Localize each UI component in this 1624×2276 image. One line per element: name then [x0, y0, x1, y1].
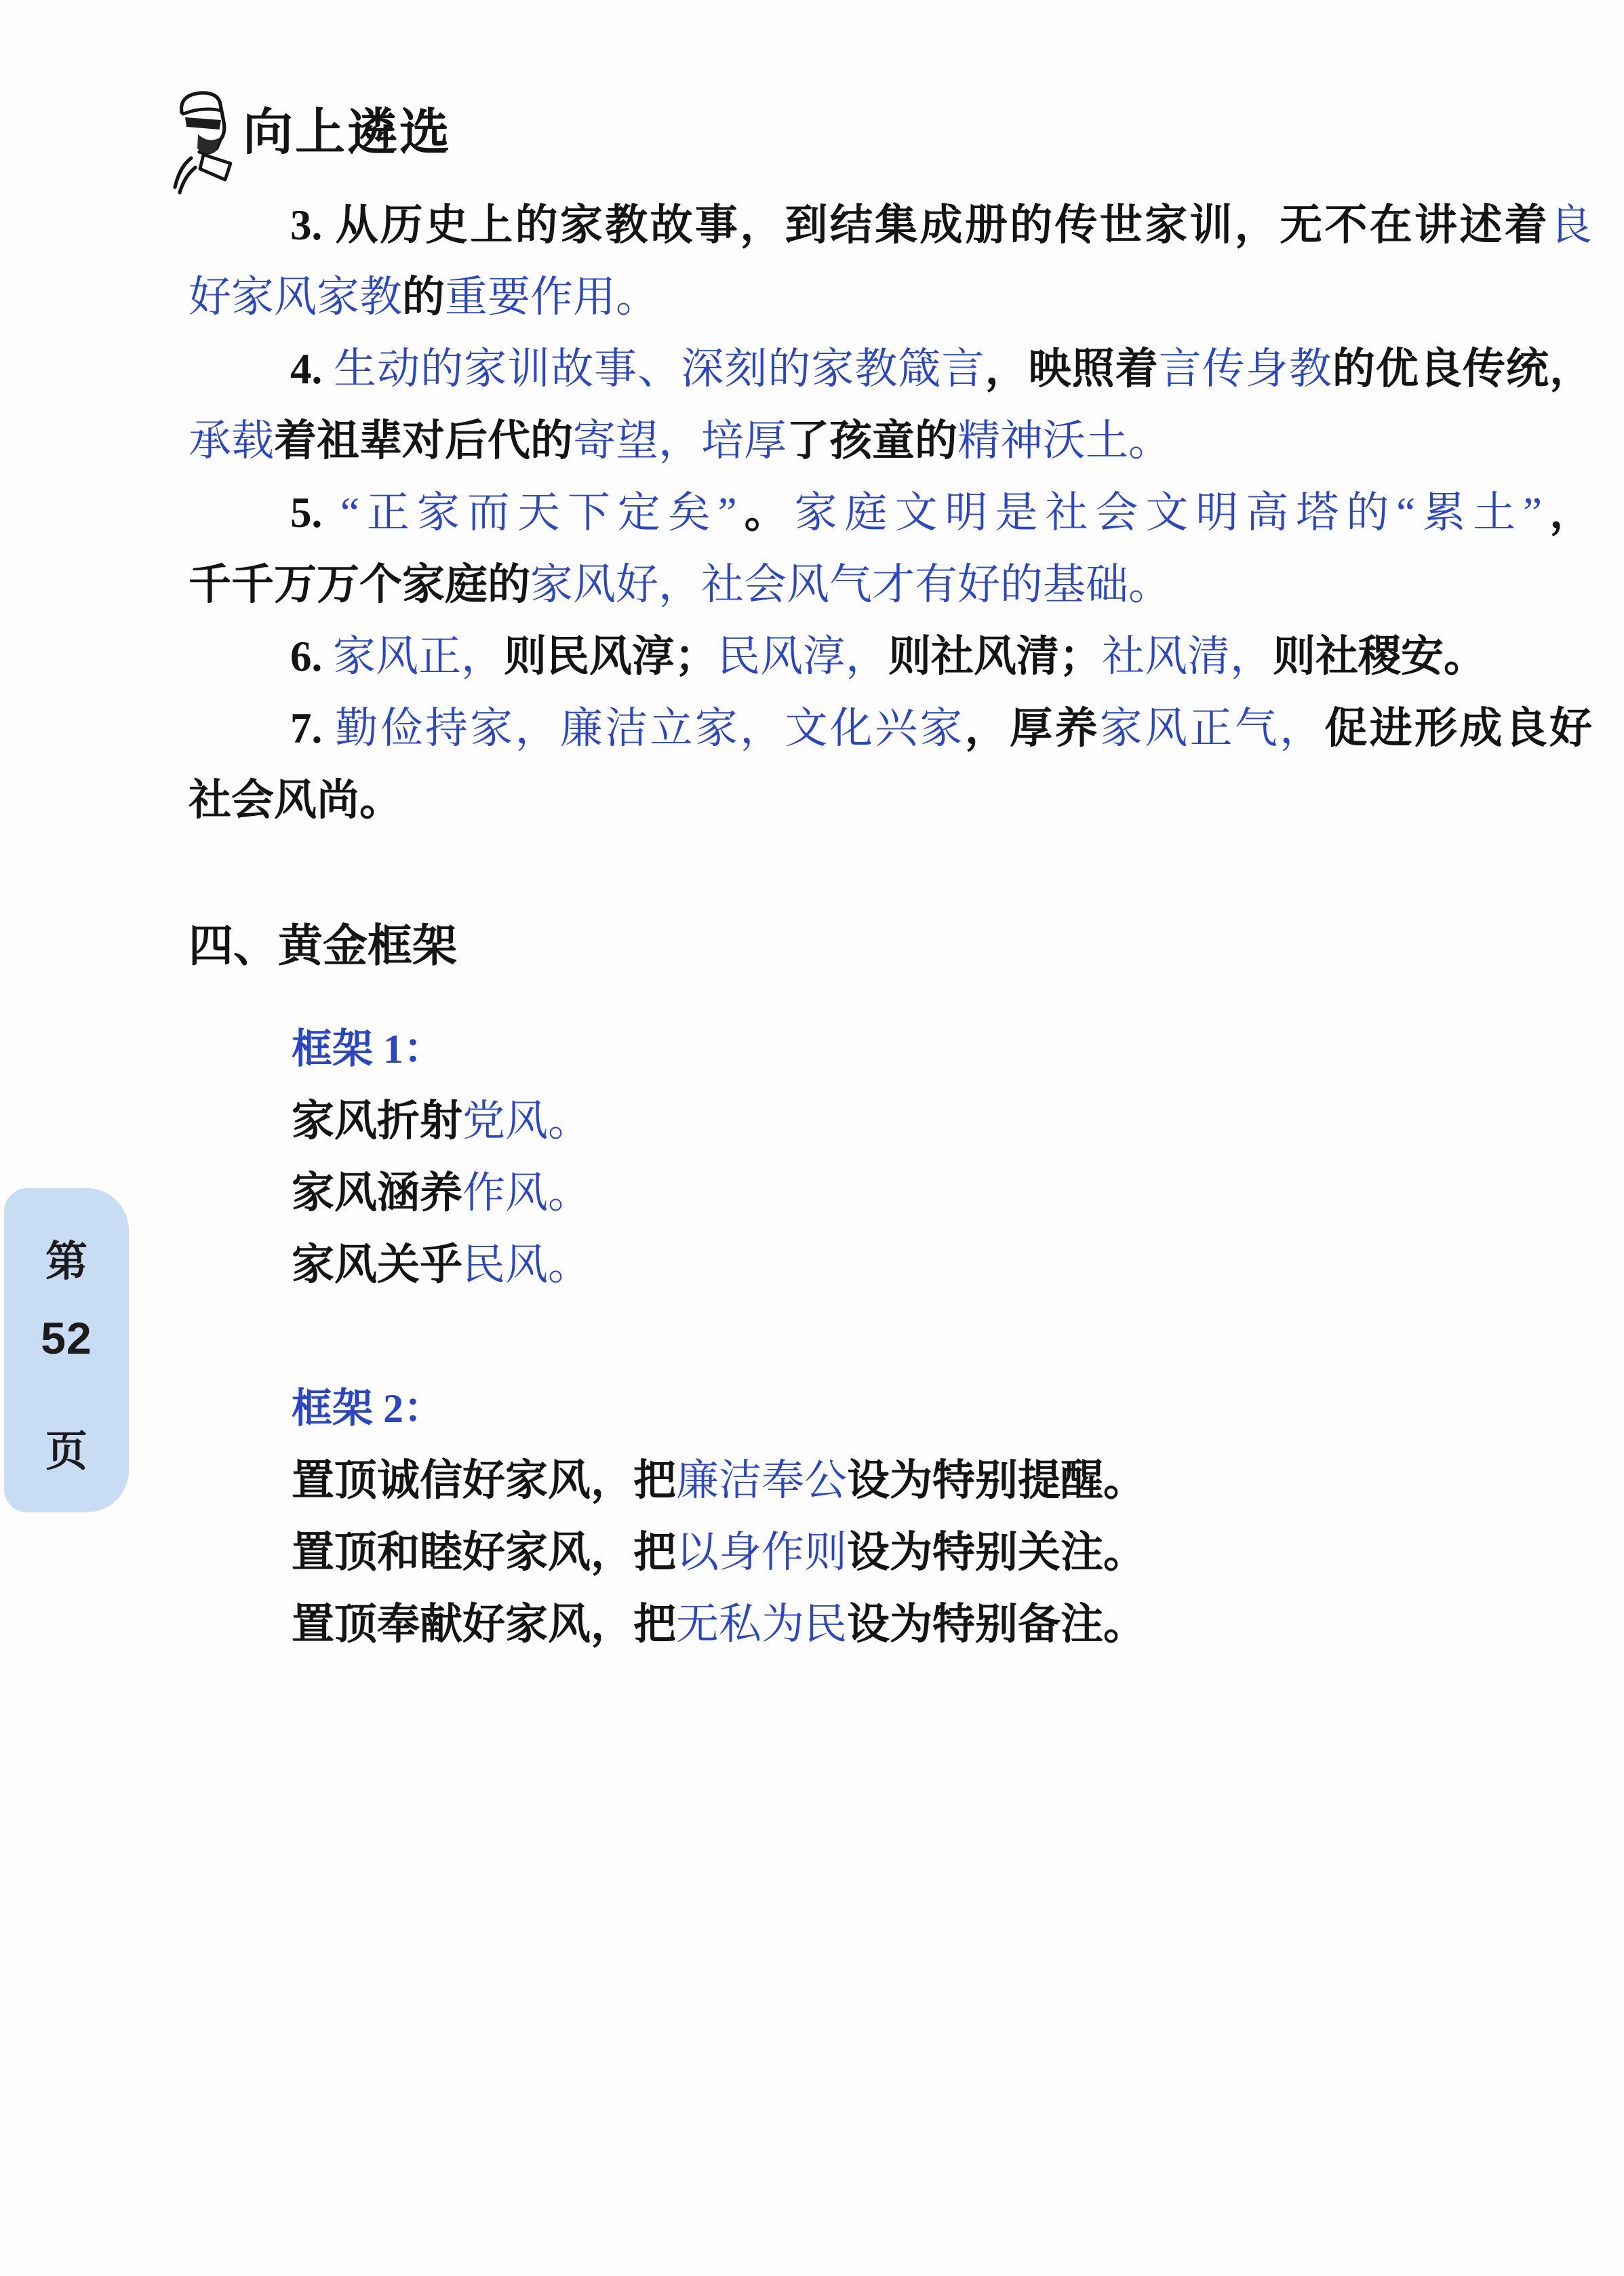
frame-line: 置顶诚信好家风，把廉洁奉公设为特别提醒。	[292, 1445, 1592, 1516]
page-number: 52	[41, 1316, 92, 1360]
text-line: 千千万万个家庭的家风好，社会风气才有好的基础。	[189, 549, 1592, 621]
frame-line: 家风折射党风。	[292, 1085, 1592, 1157]
text-line: 承载着祖辈对后代的寄望，培厚了孩童的精神沃土。	[189, 405, 1592, 477]
paragraph-4: 4. 生动的家训故事、深刻的家教箴言，映照着言传身教的优良传统， 承载着祖辈对后…	[189, 333, 1592, 477]
text-line: 6. 家风正，则民风淳；民风淳，则社风清；社风清，则社稷安。	[189, 621, 1592, 692]
text-line: 3. 从历史上的家教故事，到结集成册的传世家训，无不在讲述着良	[189, 189, 1592, 261]
frame-line: 家风涵养作风。	[292, 1157, 1592, 1229]
frame-2: 框架 2： 置顶诚信好家风，把廉洁奉公设为特别提醒。 置顶和睦好家风，把以身作则…	[292, 1373, 1592, 1660]
frame-1: 框架 1： 家风折射党风。 家风涵养作风。 家风关乎民风。	[292, 1013, 1592, 1301]
frame-line: 置顶奉献好家风，把无私为民设为特别备注。	[292, 1588, 1592, 1660]
paragraph-6: 6. 家风正，则民风淳；民风淳，则社风清；社风清，则社稷安。	[189, 621, 1592, 692]
frame-1-heading: 框架 1：	[292, 1013, 1592, 1085]
frame-line: 置顶和睦好家风，把以身作则设为特别关注。	[292, 1516, 1592, 1588]
page-title: 向上遴选	[243, 107, 452, 157]
person-head-icon	[171, 90, 233, 201]
frame-line: 家风关乎民风。	[292, 1229, 1592, 1301]
section-heading: 四、黄金框架	[189, 909, 1592, 981]
page-header: 向上遴选	[171, 90, 452, 201]
page-tab-char-top: 第	[45, 1241, 87, 1283]
text-line: 5. “正家而天下定矣”。家庭文明是社会文明高塔的“累土”，	[189, 477, 1592, 549]
text-line: 社会风尚。	[189, 764, 1592, 836]
text-line: 好家风家教的重要作用。	[189, 261, 1592, 333]
frame-2-heading: 框架 2：	[292, 1373, 1592, 1445]
page-tab-char-bottom: 页	[45, 1431, 87, 1473]
page-number-tab: 第 52 页	[4, 1188, 129, 1512]
paragraph-3: 3. 从历史上的家教故事，到结集成册的传世家训，无不在讲述着良 好家风家教的重要…	[189, 189, 1592, 333]
text-line: 7. 勤俭持家，廉洁立家，文化兴家，厚养家风正气，促进形成良好	[189, 692, 1592, 764]
paragraph-5: 5. “正家而天下定矣”。家庭文明是社会文明高塔的“累土”， 千千万万个家庭的家…	[189, 477, 1592, 621]
document-content: 3. 从历史上的家教故事，到结集成册的传世家训，无不在讲述着良 好家风家教的重要…	[189, 189, 1592, 1660]
paragraph-7: 7. 勤俭持家，廉洁立家，文化兴家，厚养家风正气，促进形成良好 社会风尚。	[189, 692, 1592, 836]
text-line: 4. 生动的家训故事、深刻的家教箴言，映照着言传身教的优良传统，	[189, 333, 1592, 405]
